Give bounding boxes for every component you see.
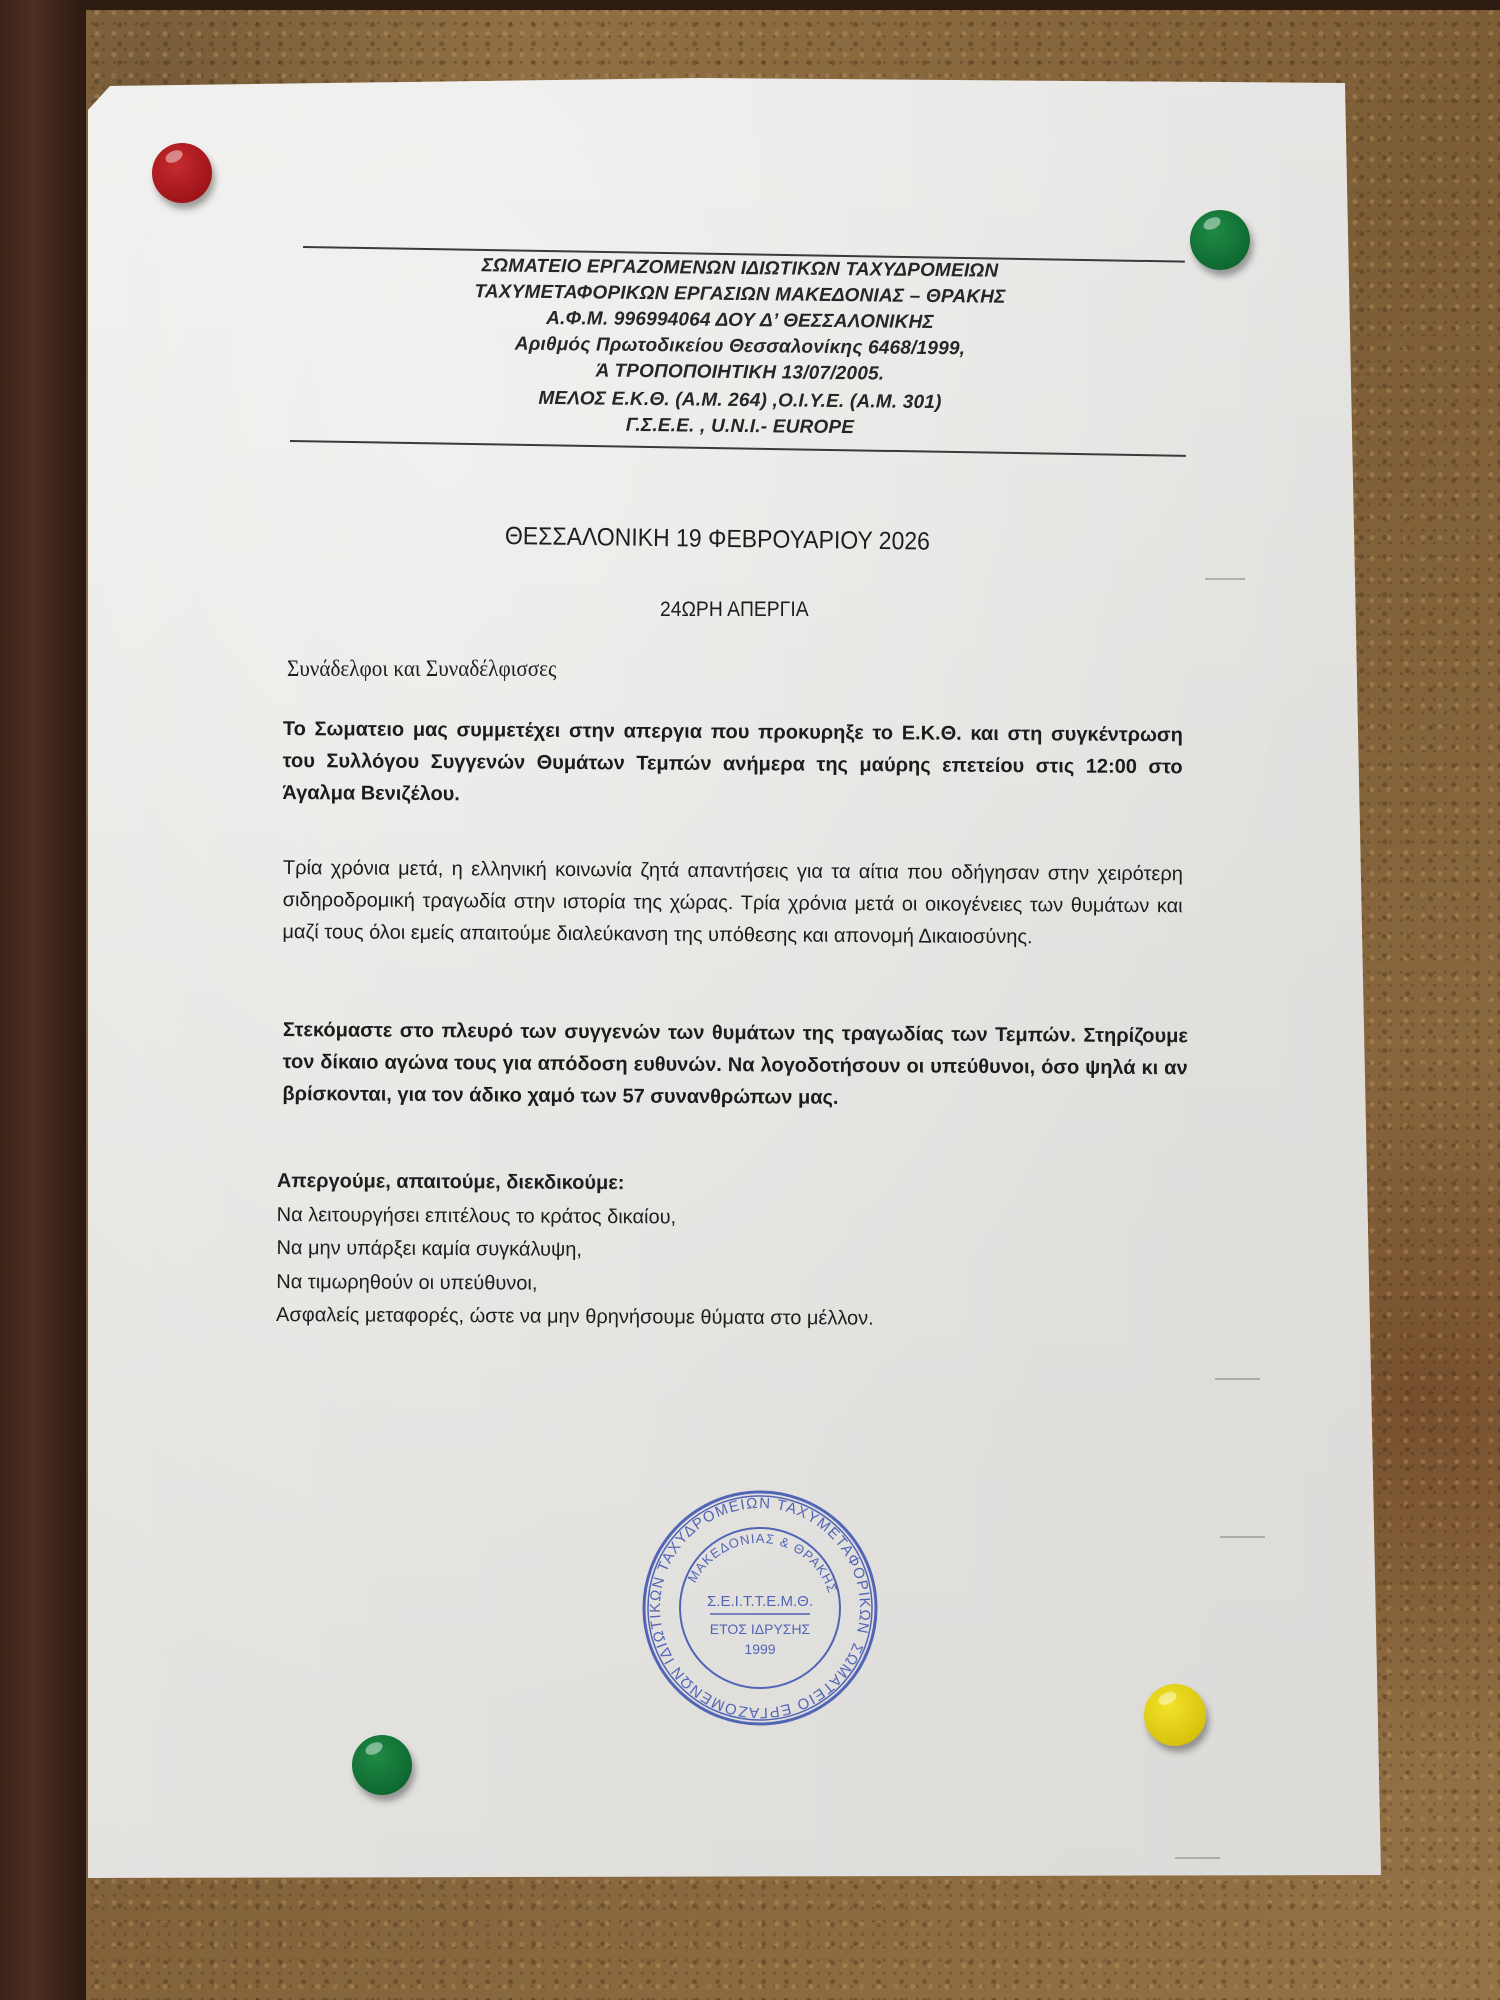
demands-heading: Απεργούμε, απαιτούμε, διεκδικούμε:	[277, 1165, 875, 1202]
print-mark	[1215, 1378, 1260, 1380]
paragraph-context: Τρία χρόνια μετά, η ελληνική κοινωνία ζη…	[282, 852, 1183, 954]
demand-item: Να μην υπάρξει καμία συγκάλυψη,	[276, 1232, 874, 1269]
yellow-push-pin	[1144, 1684, 1206, 1746]
stamp-abbreviation: Σ.Ε.Ι.Τ.Τ.Ε.Μ.Θ.	[707, 1593, 813, 1610]
demands-list: Απεργούμε, απαιτούμε, διεκδικούμε: Να λε…	[276, 1165, 875, 1336]
stamp-founded-label: ΕΤΟΣ ΙΔΡΥΣΗΣ	[710, 1621, 811, 1637]
date-line: ΘΕΣΣΑΛΟΝΙΚΗ 19 ΦΕΒΡΟΥΑΡΙΟΥ 2026	[505, 522, 930, 557]
green-push-pin	[352, 1735, 412, 1795]
wooden-frame-top	[86, 0, 1500, 10]
print-mark	[1220, 1536, 1265, 1538]
stamp-inner-text: ΜΑΚΕΔΟΝΙΑΣ & ΘΡΑΚΗΣ	[685, 1531, 841, 1595]
wooden-frame	[0, 0, 86, 2000]
print-mark	[1175, 1857, 1220, 1859]
demand-item: Ασφαλείς μεταφορές, ώστε να μην θρηνήσου…	[276, 1299, 874, 1336]
paragraph-solidarity: Στεκόμαστε στο πλευρό των συγγενών των θ…	[282, 1014, 1188, 1116]
stamp-founded-year: 1999	[744, 1641, 775, 1657]
print-mark	[1205, 578, 1245, 580]
demand-item: Να λειτουργήσει επιτέλους το κράτος δικα…	[277, 1198, 875, 1235]
union-stamp: ΣΩΜΑΤΕΙΟ ΕΡΓΑΖΟΜΕΝΩΝ ΙΔΙΩΤΙΚΩΝ ΤΑΧΥΔΡΟΜΕ…	[640, 1488, 880, 1728]
paragraph-announcement: Το Σωματειο μας συμμετέχει στην απεργια …	[282, 713, 1183, 815]
notice-title: 24ΩΡΗ ΑΠΕΡΓΙΑ	[660, 598, 809, 622]
red-push-pin	[152, 143, 212, 203]
demand-item: Να τιμωρηθούν οι υπεύθυνοι,	[276, 1265, 874, 1302]
greeting: Συνάδελφοι και Συναδέλφισσες	[287, 656, 556, 682]
green-push-pin	[1190, 210, 1250, 270]
